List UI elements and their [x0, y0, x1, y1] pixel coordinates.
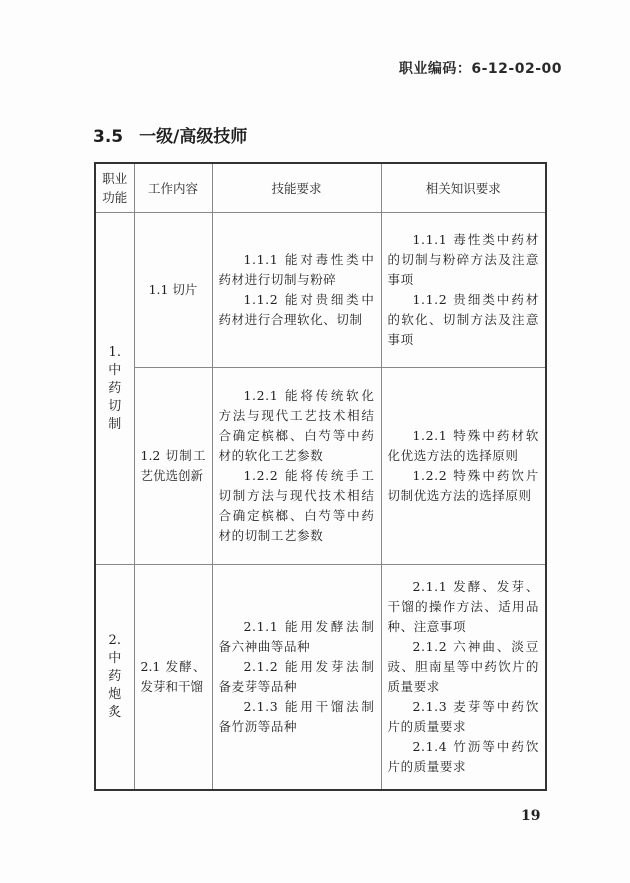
skills-cell: 1.2.1 能将传统软化方法与现代工艺技术相结合确定槟榔、白芍等中药材的软化工艺… [212, 368, 381, 565]
knowledge-item: 2.1.4 竹沥等中药饮片的质量要求 [388, 737, 540, 777]
table-row: 1.2 切制工艺优选创新 1.2.1 能将传统软化方法与现代工艺技术相结合确定槟… [95, 368, 546, 565]
content-cell: 2.1 发酵、发芽和干馏 [134, 565, 212, 790]
header-function-line1: 职业 [102, 171, 127, 186]
knowledge-cell: 2.1.1 发酵、发芽、干馏的操作方法、适用品种、注意事项 2.1.2 六神曲、… [381, 565, 546, 790]
section-title: 一级/高级技师 [139, 127, 247, 147]
function-number: 1. [109, 345, 121, 360]
skill-item: 2.1.2 能用发芽法制备麦芽等品种 [219, 657, 375, 697]
skill-item: 1.1.1 能对毒性类中药材进行切制与粉碎 [219, 250, 375, 290]
table-row: 1. 中药切制 1.1 切片 1.1.1 能对毒性类中药材进行切制与粉碎 1.1… [95, 213, 546, 368]
skills-cell: 1.1.1 能对毒性类中药材进行切制与粉碎 1.1.2 能对贵细类中药材进行合理… [212, 213, 381, 368]
skills-table: 职业 功能 工作内容 技能要求 相关知识要求 1. 中药切制 1.1 切片 1.… [94, 162, 547, 791]
knowledge-cell: 1.2.1 特殊中药材软化优选方法的选择原则 1.2.2 特殊中药饮片切制优选方… [381, 368, 546, 565]
knowledge-item: 2.1.3 麦芽等中药饮片的质量要求 [388, 697, 540, 737]
content-cell: 1.2 切制工艺优选创新 [134, 368, 212, 565]
skill-item: 2.1.1 能用发酵法制备六神曲等品种 [219, 617, 375, 657]
knowledge-item: 2.1.2 六神曲、淡豆豉、胆南星等中药饮片的质量要求 [388, 637, 540, 697]
skills-cell: 2.1.1 能用发酵法制备六神曲等品种 2.1.2 能用发芽法制备麦芽等品种 2… [212, 565, 381, 790]
content-cell: 1.1 切片 [134, 213, 212, 368]
skill-item: 1.2.1 能将传统软化方法与现代工艺技术相结合确定槟榔、白芍等中药材的软化工艺… [219, 386, 375, 466]
section-heading: 3.5一级/高级技师 [93, 122, 247, 147]
header-function: 职业 功能 [95, 163, 134, 213]
function-label: 中药切制 [108, 363, 121, 432]
knowledge-item: 1.1.1 毒性类中药材的切制与粉碎方法及注意事项 [388, 230, 540, 290]
function-number: 2. [109, 633, 121, 648]
header-knowledge: 相关知识要求 [381, 163, 546, 213]
function-cell-processing: 2. 中药炮炙 [95, 565, 134, 790]
section-number: 3.5 [93, 127, 123, 147]
header-content: 工作内容 [134, 163, 212, 213]
header-skills: 技能要求 [212, 163, 381, 213]
skill-item: 1.2.2 能将传统手工切制方法与现代技术相结合确定槟榔、白芍等中药材的切制工艺… [219, 466, 375, 546]
skill-item: 1.1.2 能对贵细类中药材进行合理软化、切制 [219, 290, 375, 330]
table-header-row: 职业 功能 工作内容 技能要求 相关知识要求 [95, 163, 546, 213]
knowledge-item: 1.2.2 特殊中药饮片切制优选方法的选择原则 [388, 466, 540, 506]
occupation-code: 职业编码：6-12-02-00 [399, 58, 562, 78]
page-number: 19 [521, 808, 540, 824]
skill-item: 2.1.3 能用干馏法制备竹沥等品种 [219, 697, 375, 737]
header-function-line2: 功能 [102, 190, 127, 205]
knowledge-item: 2.1.1 发酵、发芽、干馏的操作方法、适用品种、注意事项 [388, 577, 540, 637]
function-label: 中药炮炙 [108, 651, 121, 720]
function-cell-cutting: 1. 中药切制 [95, 213, 134, 565]
knowledge-item: 1.1.2 贵细类中药材的软化、切制方法及注意事项 [388, 290, 540, 350]
table-row: 2. 中药炮炙 2.1 发酵、发芽和干馏 2.1.1 能用发酵法制备六神曲等品种… [95, 565, 546, 790]
knowledge-item: 1.2.1 特殊中药材软化优选方法的选择原则 [388, 426, 540, 466]
knowledge-cell: 1.1.1 毒性类中药材的切制与粉碎方法及注意事项 1.1.2 贵细类中药材的软… [381, 213, 546, 368]
